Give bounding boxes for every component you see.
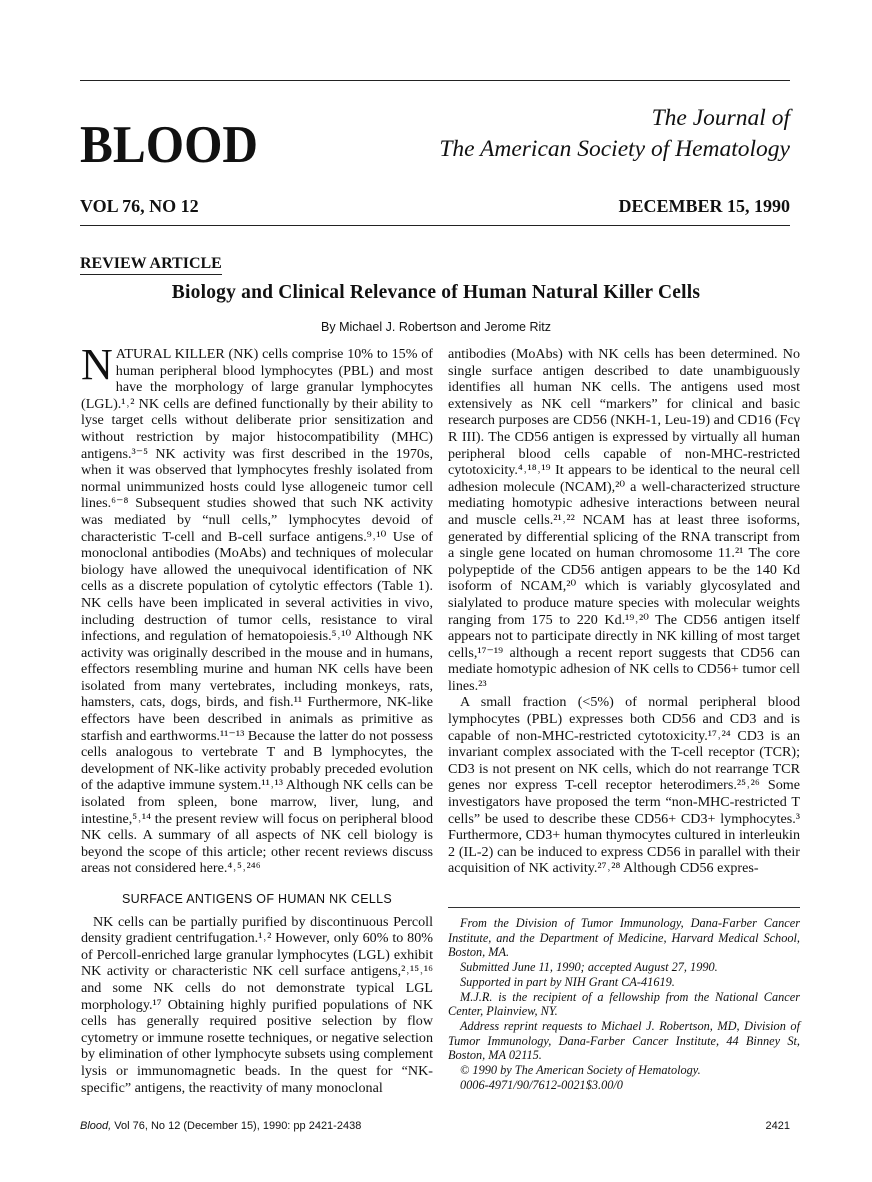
article-authors: By Michael J. Robertson and Jerome Ritz <box>0 320 872 334</box>
intro-paragraph: NATURAL KILLER (NK) cells comprise 10% t… <box>81 346 433 877</box>
journal-name: BLOOD <box>80 115 258 175</box>
left-column: NATURAL KILLER (NK) cells comprise 10% t… <box>81 346 433 1096</box>
journal-subtitle-line1: The Journal of <box>439 103 790 134</box>
masthead-rule <box>80 225 790 226</box>
right-column: antibodies (MoAbs) with NK cells has bee… <box>448 346 800 877</box>
footnote-copyright: © 1990 by The American Society of Hemato… <box>448 1063 800 1078</box>
footnote-submitted: Submitted June 11, 1990; accepted August… <box>448 960 800 975</box>
volume-issue: VOL 76, NO 12 <box>80 196 199 217</box>
footnote-code: 0006-4971/90/7612-0021$3.00/0 <box>448 1078 800 1093</box>
page-number: 2421 <box>766 1120 790 1132</box>
footnote-rule <box>448 907 800 908</box>
dropcap: N <box>81 348 113 382</box>
journal-subtitle: The Journal of The American Society of H… <box>439 103 790 165</box>
body-paragraph: A small fraction (<5%) of normal periphe… <box>448 694 800 877</box>
body-paragraph: antibodies (MoAbs) with NK cells has bee… <box>448 346 800 694</box>
intro-paragraph-text: ATURAL KILLER (NK) cells comprise 10% to… <box>81 346 433 876</box>
top-rule <box>80 80 790 81</box>
footnotes: From the Division of Tumor Immunology, D… <box>448 916 800 1092</box>
issue-date: DECEMBER 15, 1990 <box>618 196 790 217</box>
footer-journal-name: Blood, <box>80 1120 111 1132</box>
section-label: REVIEW ARTICLE <box>80 255 222 275</box>
footer-citation: Blood, Vol 76, No 12 (December 15), 1990… <box>80 1120 361 1132</box>
footer-citation-text: Vol 76, No 12 (December 15), 1990: pp 24… <box>111 1120 361 1132</box>
footnote-reprints: Address reprint requests to Michael J. R… <box>448 1019 800 1063</box>
article-title: Biology and Clinical Relevance of Human … <box>0 282 872 304</box>
journal-subtitle-line2: The American Society of Hematology <box>439 134 790 165</box>
footnote-support: Supported in part by NIH Grant CA-41619. <box>448 975 800 990</box>
section-heading: SURFACE ANTIGENS OF HUMAN NK CELLS <box>81 891 433 908</box>
body-paragraph: NK cells can be partially purified by di… <box>81 914 433 1097</box>
footnote-fellowship: M.J.R. is the recipient of a fellowship … <box>448 990 800 1019</box>
footnote-affiliation: From the Division of Tumor Immunology, D… <box>448 916 800 960</box>
